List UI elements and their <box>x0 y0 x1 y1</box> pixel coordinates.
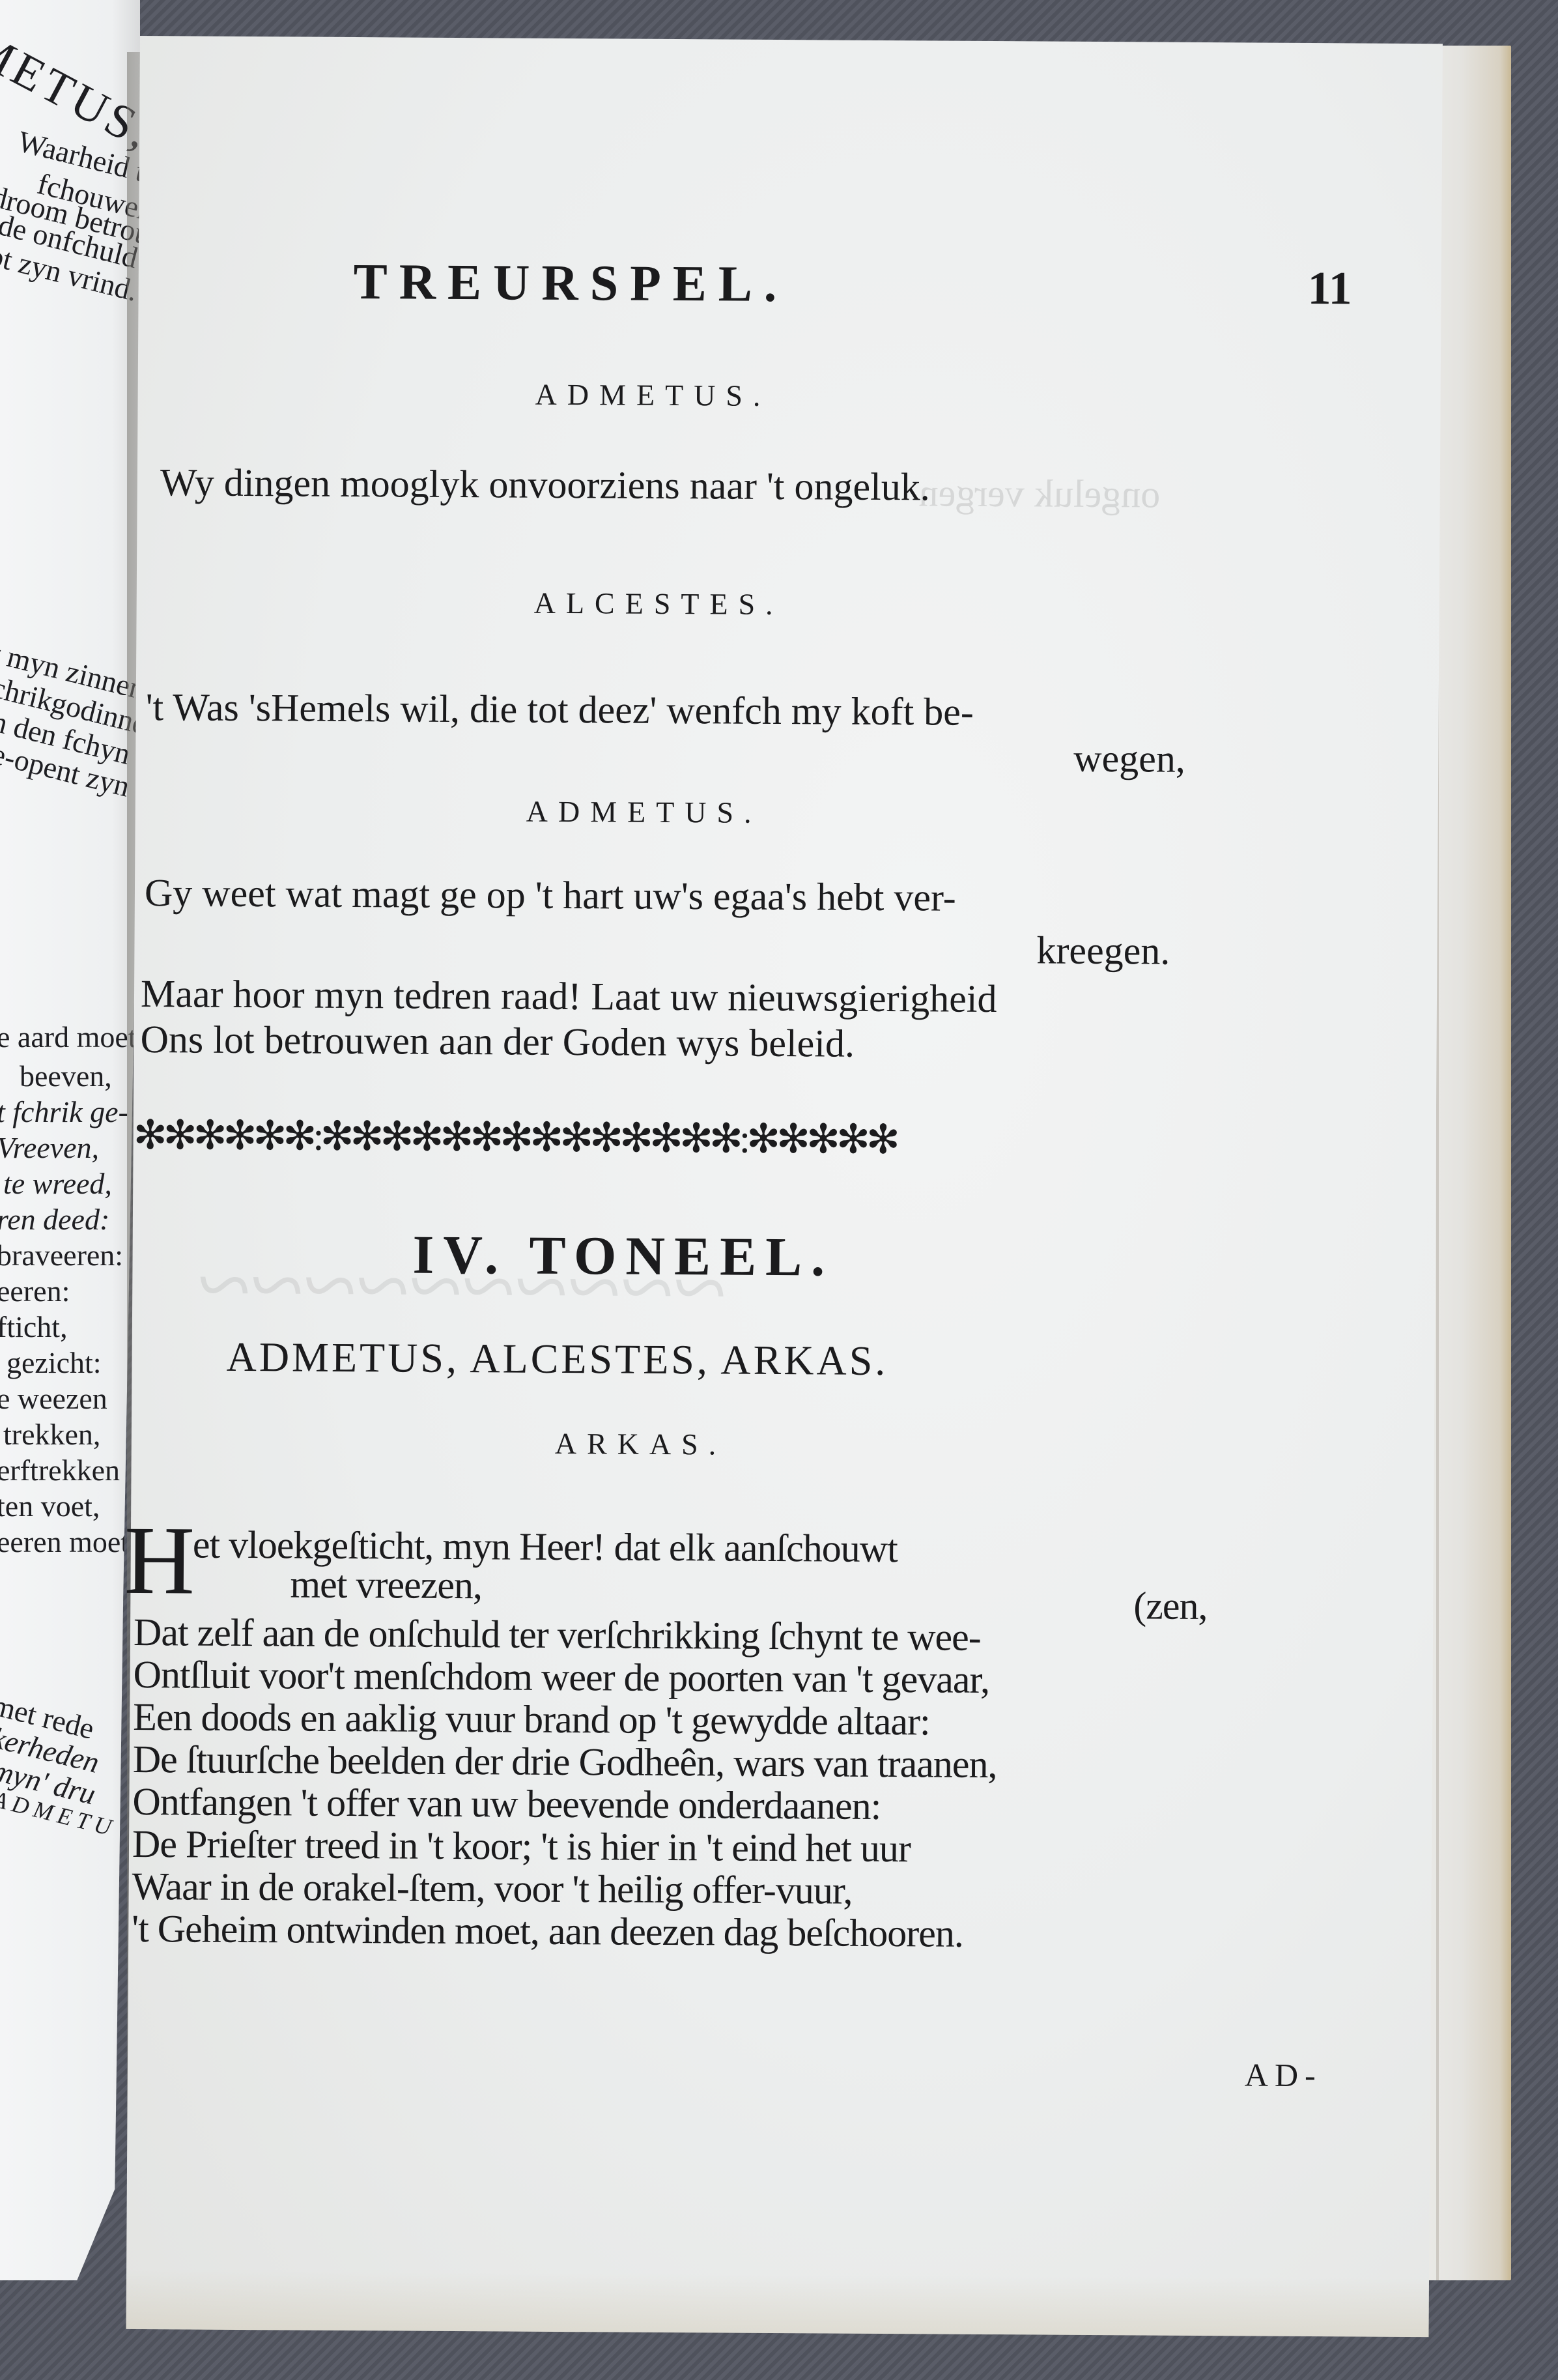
verse-line: Ontſluit voor't menſchdom weer de poorte… <box>133 1655 989 1699</box>
speaker-label: ARKAS. <box>555 1426 727 1462</box>
verse-line: wegen, <box>1073 739 1185 779</box>
verse-line: et vloekgeſticht, myn Heer! dat elk aanſ… <box>193 1525 898 1569</box>
left-page-line: eeren moet <box>0 1525 129 1559</box>
speaker-label: ADMETUS. <box>526 794 762 830</box>
left-page-line: fticht, <box>0 1310 68 1344</box>
left-page-line: trekken, <box>3 1417 100 1452</box>
left-page-line: ren deed: <box>0 1202 109 1237</box>
page-number: 11 <box>1307 261 1352 315</box>
verse-line: 't Geheim ontwinden moet, aan deezen dag… <box>132 1909 963 1953</box>
cast-list: ADMETUS, ALCESTES, ARKAS. <box>226 1333 888 1385</box>
left-page-line: eeren: <box>0 1274 70 1308</box>
verse-line: (zen, <box>1133 1586 1208 1626</box>
verse-line: De Prieſter treed in 't koor; 't is hier… <box>132 1824 911 1868</box>
verse-line: Maar hoor myn tedren raad! Laat uw nieuw… <box>141 974 997 1018</box>
left-page-line: e weezen <box>0 1381 107 1416</box>
left-page-line: t fchrik ge- <box>0 1095 128 1129</box>
speaker-label: ALCESTES. <box>534 586 784 622</box>
verse-line: Wy dingen mooglyk onvoorziens naar 't on… <box>160 463 930 506</box>
verse-line: kreegen. <box>1036 930 1170 970</box>
verse-line: Dat zelf aan de onſchuld ter verſchrikki… <box>134 1613 981 1657</box>
left-page-line: beeven, <box>20 1059 112 1093</box>
verse-line: Ontfangen 't offer van uw beevende onder… <box>132 1782 881 1826</box>
left-page-line: braveeren: <box>0 1238 123 1272</box>
show-through-text: ongeluk vergen <box>919 470 1161 517</box>
verse-line: Waar in de orakel-ſtem, voor 't heilig o… <box>132 1867 852 1910</box>
left-page-line: erftrekken <box>0 1453 120 1487</box>
verse-line: Ons lot betrouwen aan der Goden wys bele… <box>140 1020 855 1063</box>
left-page-line: Vreeven, <box>0 1130 99 1165</box>
left-page-line: gezicht: <box>7 1345 102 1380</box>
drop-cap: H <box>124 1512 195 1610</box>
left-page: METUS, Waarheid te fchouwen, droom betro… <box>0 0 140 2280</box>
left-page-line: e aard moet <box>0 1020 137 1054</box>
catchword: AD- <box>1245 2056 1322 2094</box>
left-page-line: ten voet, <box>0 1489 100 1523</box>
verse-line: Gy weet wat magt ge op 't hart uw's egaa… <box>145 873 956 917</box>
verse-line: 't Was 'sHemels wil, die tot deez' wenfc… <box>146 687 974 732</box>
left-page-line: te wreed, <box>3 1166 112 1201</box>
ornament-divider: ✻✻✻✻✻✻:✻✻✻✻✻✻✻✻✻✻✻✻✻✻:✻✻✻✻✻ <box>133 1111 1240 1166</box>
verse-line: met vreezen, <box>290 1564 482 1605</box>
running-head: TREURSPEL. <box>353 252 788 313</box>
verse-line: De ſtuurſche beelden der drie Godheên, w… <box>133 1740 997 1784</box>
speaker-label: ADMETUS. <box>535 377 771 413</box>
verse-line: Een doods en aaklig vuur brand op 't gew… <box>133 1697 930 1741</box>
scene-title: IV. TONEEL. <box>412 1224 834 1289</box>
book-page: ongeluk vergen ~~~~~~~~~~ TREURSPEL. 11 … <box>126 36 1442 2337</box>
